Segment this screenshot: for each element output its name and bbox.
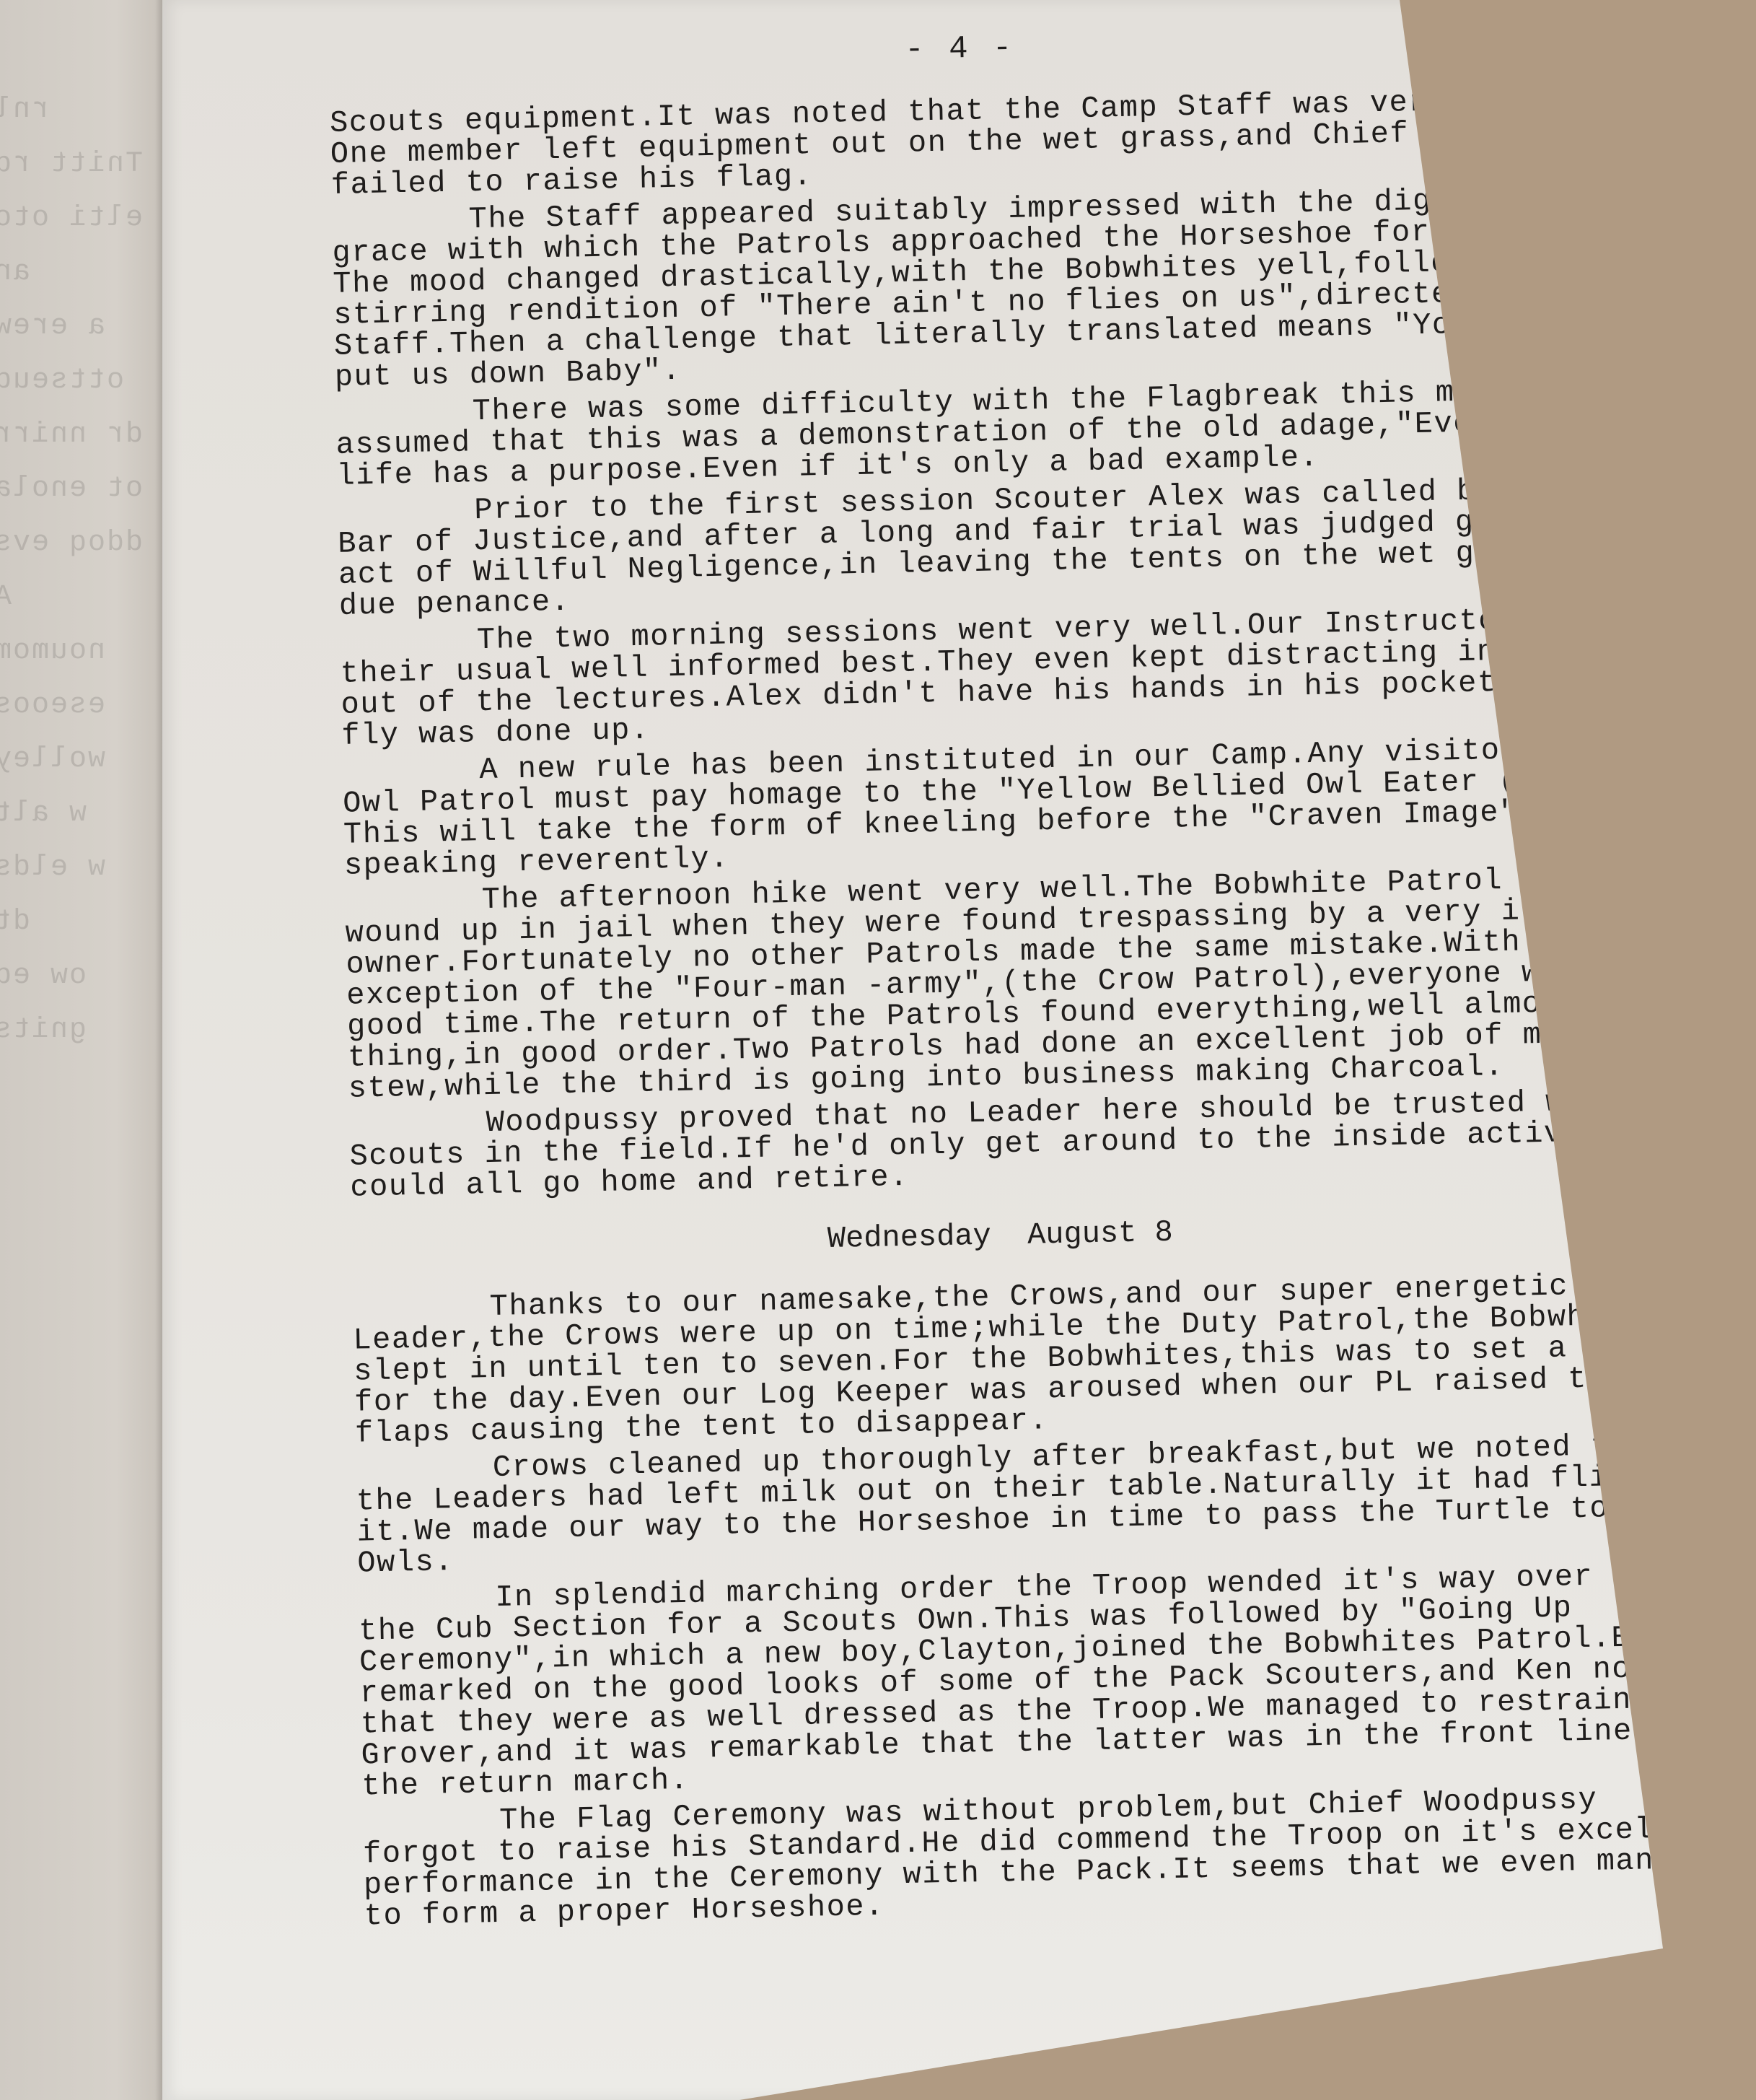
- ghost-text-line: an: [0, 256, 30, 289]
- paragraph: The two morning sessions went very well.…: [340, 600, 1756, 757]
- ghost-text-line: ero elti oto: [0, 202, 166, 235]
- ghost-text-line: eseoos: [0, 689, 105, 722]
- ghost-text-line: noumom: [0, 635, 105, 668]
- ghost-text-line: rnl: [0, 94, 49, 126]
- ghost-text-line: dr nnirr: [0, 419, 143, 451]
- paragraph: In splendid marching order the Troop wen…: [358, 1557, 1756, 1808]
- entries-after-heading: Thanks to our namesake,the Crows,and our…: [352, 1266, 1756, 1938]
- ghost-text-line: A: [0, 581, 12, 613]
- ghost-text-line: gnits: [0, 1014, 87, 1046]
- paragraph: Thanks to our namesake,the Crows,and our…: [352, 1266, 1756, 1455]
- ghost-text-line: ddoq evs: [0, 527, 143, 559]
- ghost-text-line: ow ed: [0, 960, 87, 992]
- section-heading-date: Wednesday August 8: [351, 1203, 1756, 1265]
- paragraph: The afternoon hike went very well.The Bo…: [344, 859, 1756, 1110]
- ghost-text-line: a erew: [0, 310, 105, 343]
- document-page: - 4 - Scouts equipment.It was noted that…: [162, 0, 1663, 2100]
- page-content: - 4 - Scouts equipment.It was noted that…: [328, 16, 1756, 1938]
- paragraph: Scouts equipment.It was noted that the C…: [330, 81, 1756, 207]
- entries-before-heading: Scouts equipment.It was noted that the C…: [330, 81, 1756, 1209]
- ghost-text-line: ot enola: [0, 473, 143, 505]
- ghost-text-line: w elds: [0, 852, 105, 884]
- paragraph: The Flag Ceremony was without problem,bu…: [362, 1780, 1756, 1938]
- ghost-text-line: ottseud: [0, 364, 124, 397]
- page-number: - 4 -: [328, 19, 1592, 79]
- paragraph: A new rule has been instituted in our Ca…: [342, 730, 1756, 887]
- paragraph: The Staff appeared suitably impressed wi…: [331, 180, 1756, 399]
- ghost-text-line: wolley: [0, 743, 105, 776]
- paragraph: Prior to the first session Scouter Alex …: [337, 470, 1756, 627]
- ghost-text-line: Tnitt rq: [0, 148, 143, 180]
- ghost-text-line: dt: [0, 906, 30, 938]
- adjacent-page: rnlTnitt rqero elti otoana erewottseuddr…: [0, 0, 166, 2100]
- ghost-text-line: w alt: [0, 797, 87, 830]
